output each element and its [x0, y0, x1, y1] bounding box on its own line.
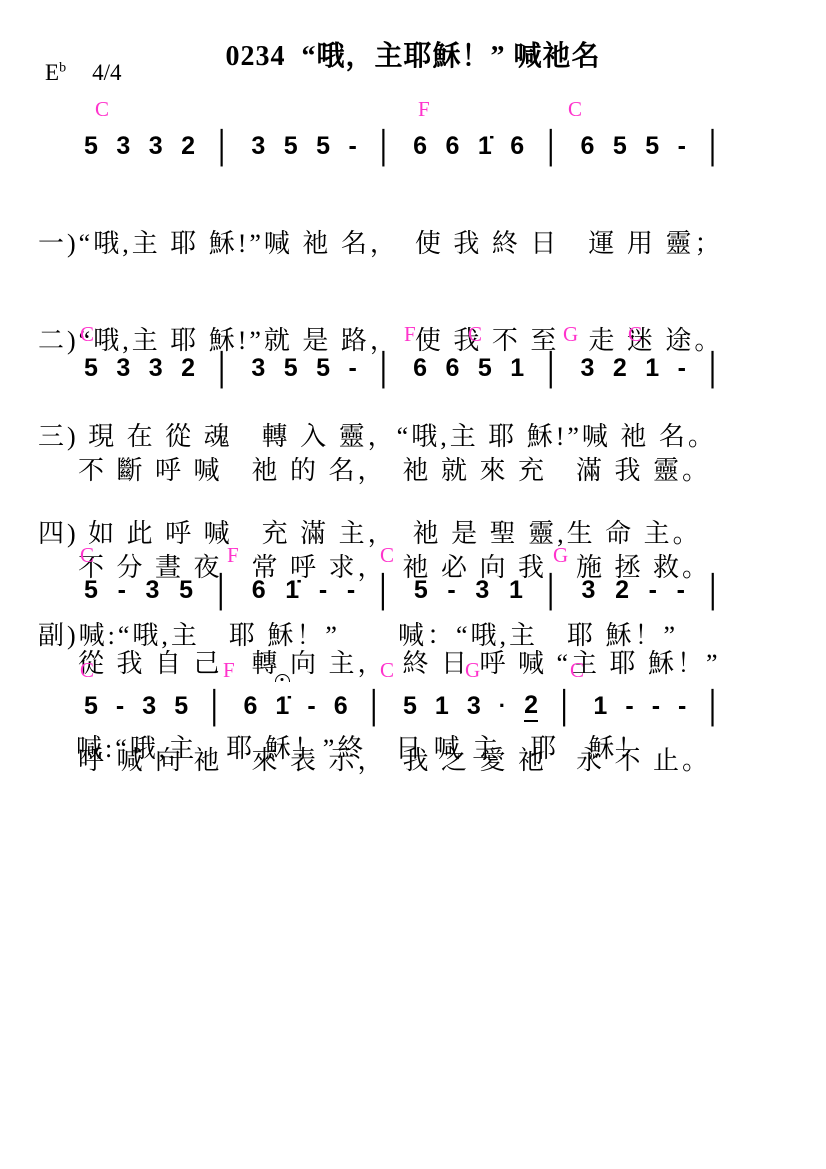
augmentation-dot: ·	[499, 691, 506, 721]
barline: │	[206, 692, 225, 722]
barline: │	[556, 692, 575, 722]
note-token: 5	[84, 691, 98, 721]
lyric-line-final: 喊:“哦,主 耶 穌！”終 日 喊 主 耶 穌！	[76, 733, 646, 765]
chord-label: C	[568, 97, 582, 121]
dash-token: -	[348, 131, 356, 161]
note-token: 2	[613, 353, 627, 383]
dash-token: -	[652, 691, 660, 721]
barline: │	[375, 354, 394, 384]
barline: │	[366, 692, 385, 722]
page-title: 0234 “哦，主耶穌！” 喊祂名	[0, 34, 826, 74]
chord-row-4: C F C G C	[0, 658, 826, 682]
note-token: 3	[149, 353, 163, 383]
dash-token: -	[678, 353, 686, 383]
note-token: 3	[116, 131, 130, 161]
note-token: 5	[414, 575, 428, 605]
barline: │	[705, 576, 724, 606]
note-token: 3	[146, 575, 160, 605]
lyric-line-chorus: 副)喊:“哦,主 耶 穌！” 喊：“哦,主 耶 穌！”	[38, 620, 678, 652]
note-token: 5	[284, 353, 298, 383]
note-token: 6	[413, 131, 427, 161]
note-token: 5	[403, 691, 417, 721]
chord-label: C	[468, 322, 482, 346]
eighth-note-token: 2	[524, 690, 538, 722]
note-token: 5	[84, 353, 98, 383]
note-token: 5	[316, 131, 330, 161]
chord-label: G	[553, 543, 568, 567]
barline: │	[704, 354, 723, 384]
key-letter: E	[45, 60, 59, 85]
chord-label: F	[404, 322, 416, 346]
barline: │	[375, 132, 394, 162]
high-note-token: 1̇	[285, 575, 299, 605]
dash-token: -	[118, 575, 126, 605]
chord-label: F	[223, 658, 235, 682]
note-token: 3	[142, 691, 156, 721]
note-token: 6	[445, 131, 459, 161]
note-token: 2	[181, 353, 195, 383]
high-note-token: 1̇	[275, 692, 289, 720]
key-signature: Eb4/4	[45, 60, 121, 86]
chord-label: G	[465, 658, 480, 682]
note-token: 5	[613, 131, 627, 161]
barline: │	[704, 132, 723, 162]
dash-token: -	[625, 691, 633, 721]
note-token: 3	[582, 575, 596, 605]
note-token: 3	[149, 131, 163, 161]
barline: │	[214, 132, 233, 162]
note-token: 2	[181, 131, 195, 161]
chord-row-2: C F C G C	[0, 322, 826, 346]
chord-label: C	[80, 322, 94, 346]
note-token: 3	[580, 353, 594, 383]
dash-token: -	[116, 691, 124, 721]
note-token: 6	[445, 353, 459, 383]
note-token: 6	[244, 691, 258, 721]
dash-token: -	[307, 691, 315, 721]
barline: │	[704, 692, 723, 722]
high-note-token-with-fermata: 1̇	[275, 691, 289, 721]
note-token: 6	[580, 131, 594, 161]
note-token: 5	[179, 575, 193, 605]
note-token: 1	[509, 575, 523, 605]
chord-row-1: C F C	[0, 97, 826, 121]
chord-label: C	[628, 322, 642, 346]
note-token: 6	[334, 691, 348, 721]
notation-row-2: 5 3 3 2 │ 3 5 5 - │ 6 6 5 1 │ 3 2 1 - │	[84, 352, 724, 384]
time-signature: 4/4	[92, 60, 121, 85]
note-token: 5	[478, 353, 492, 383]
fermata-icon	[275, 674, 289, 682]
note-token: 5	[174, 691, 188, 721]
note-token: 3	[116, 353, 130, 383]
chord-label: C	[80, 658, 94, 682]
barline: │	[213, 576, 232, 606]
barline: │	[543, 576, 562, 606]
note-token: 5	[316, 353, 330, 383]
chord-label: C	[95, 97, 109, 121]
chord-label: C	[380, 658, 394, 682]
hymn-sheet-page: 0234 “哦，主耶穌！” 喊祂名 Eb4/4 C F C 5 3 3 2 │ …	[0, 0, 826, 1169]
barline: │	[375, 576, 394, 606]
chord-label: F	[227, 543, 239, 567]
note-token: 5	[645, 131, 659, 161]
notation-row-3: 5 - 3 5 │ 6 1̇ - - │ 5 - 3 1 │ 3 2 - - │	[84, 574, 724, 606]
dash-token: -	[677, 575, 685, 605]
note-token: 3	[475, 575, 489, 605]
notation-row-4: 5 - 3 5 │ 6 1̇ - 6 │ 5 1 3 · 2 │ 1 - - -…	[84, 690, 724, 722]
note-token: 6	[252, 575, 266, 605]
chord-label: G	[563, 322, 578, 346]
note-token: 3	[251, 131, 265, 161]
notation-row-1: 5 3 3 2 │ 3 5 5 - │ 6 6 1̇ 6 │ 6 5 5 - │	[84, 130, 724, 162]
barline: │	[214, 354, 233, 384]
dash-token: -	[348, 353, 356, 383]
note-token: 1	[645, 353, 659, 383]
note-token: 1	[510, 353, 524, 383]
chord-label: C	[570, 658, 584, 682]
note-token: 1	[593, 691, 607, 721]
lyric-line-verse-1: 一)“哦,主 耶 穌!”喊 祂 名， 使 我 終 日 運 用 靈；	[38, 226, 723, 263]
dash-token: -	[319, 575, 327, 605]
barline: │	[543, 132, 562, 162]
barline: │	[543, 354, 562, 384]
dash-token: -	[447, 575, 455, 605]
note-token: 5	[284, 131, 298, 161]
chord-row-3: C F C G	[0, 543, 826, 567]
flat-accidental: b	[59, 60, 66, 75]
note-token: 3	[467, 691, 481, 721]
note-token: 6	[510, 131, 524, 161]
chord-label: C	[80, 543, 94, 567]
dash-token: -	[347, 575, 355, 605]
stanza2-block: 不 斷 呼 喊 祂 的 名， 祂 就 來 充 滿 我 靈。 不 分 晝 夜 常 …	[78, 393, 721, 839]
chord-label: F	[418, 97, 430, 121]
dash-token: -	[678, 691, 686, 721]
high-note-token: 1̇	[478, 131, 492, 161]
note-token: 1	[435, 691, 449, 721]
lyric-line-stanza2-1: 不 斷 呼 喊 祂 的 名， 祂 就 來 充 滿 我 靈。	[78, 453, 721, 490]
note-token: 2	[615, 575, 629, 605]
chord-label: C	[380, 543, 394, 567]
note-token: 6	[413, 353, 427, 383]
dash-token: -	[678, 131, 686, 161]
note-token: 3	[251, 353, 265, 383]
note-token: 5	[84, 575, 98, 605]
dash-token: -	[649, 575, 657, 605]
note-token: 5	[84, 131, 98, 161]
